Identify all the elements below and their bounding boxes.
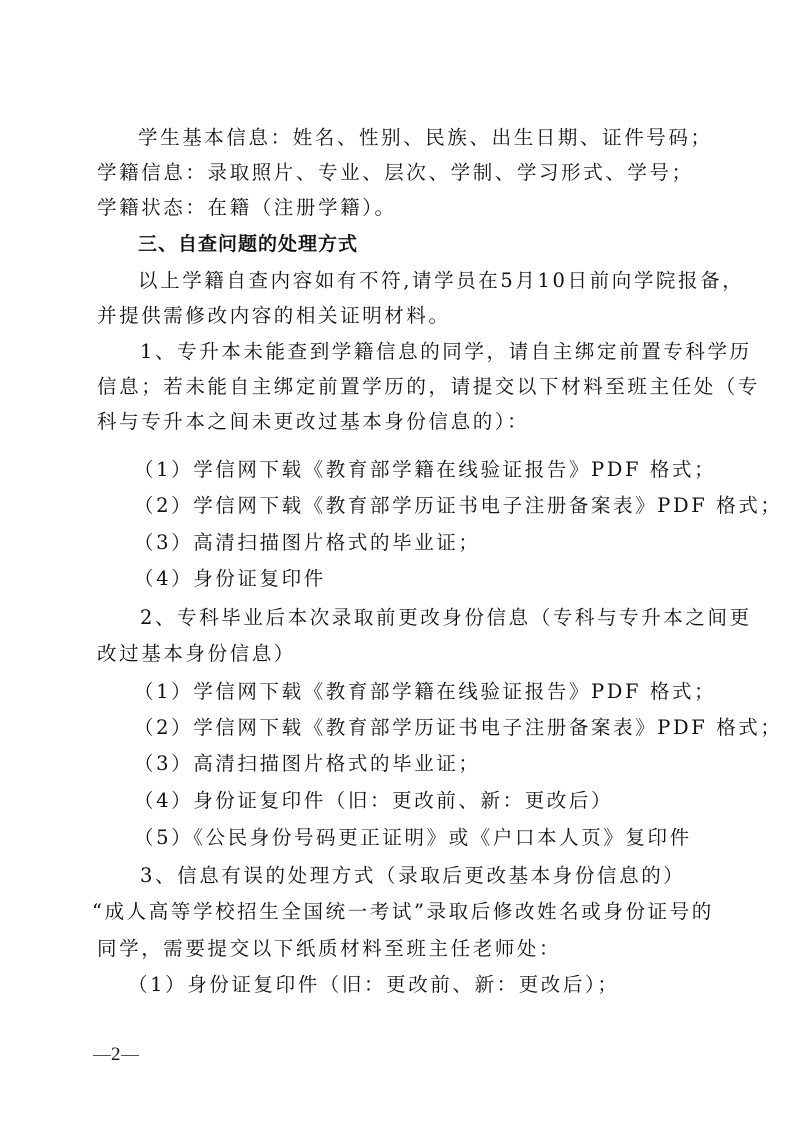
paragraph-report-notice: 以上学籍自查内容如有不符,请学员在5月10日前向学院报备， bbox=[138, 269, 744, 293]
item-2-heading: 2、专科毕业后本次录取前更改身份信息（专科与专升本之间更 bbox=[140, 606, 752, 630]
item-1-sub-1: （1）学信网下载《教育部学籍在线验证报告》PDF 格式； bbox=[134, 458, 716, 482]
item-2-sub-4: （4）身份证复印件（旧：更改前、新：更改后） bbox=[134, 789, 613, 813]
item-3-sub-1: （1）身份证复印件（旧：更改前、新：更改后）； bbox=[128, 973, 619, 997]
document-page: 学生基本信息：姓名、性别、民族、出生日期、证件号码； 学籍信息：录取照片、专业、… bbox=[0, 0, 793, 1122]
page-number: 2 bbox=[93, 1044, 139, 1066]
paragraph-student-basic-info: 学生基本信息：姓名、性别、民族、出生日期、证件号码； bbox=[138, 126, 713, 150]
item-1-sub-3: （3）高清扫描图片格式的毕业证； bbox=[134, 531, 481, 555]
item-3-text: “成人高等学校招生全国统一考试”录取后修改姓名或身份证号的 bbox=[92, 900, 714, 924]
page-number-dash-left bbox=[93, 1055, 111, 1056]
item-3-heading: 3、信息有误的处理方式（录取后更改基本身份信息的） bbox=[140, 864, 685, 888]
item-2-sub-1: （1）学信网下载《教育部学籍在线验证报告》PDF 格式； bbox=[134, 680, 716, 704]
item-1-heading: 1、专升本未能查到学籍信息的同学，请自主绑定前置专科学历 bbox=[140, 340, 752, 364]
item-2-sub-5: （5）《公民身份号码更正证明》或《户口本人页》复印件 bbox=[134, 826, 692, 850]
section-heading: 三、自查问题的处理方式 bbox=[138, 232, 358, 256]
item-1-sub-4: （4）身份证复印件 bbox=[134, 567, 326, 591]
item-3-text-cont: 同学，需要提交以下纸质材料至班主任老师处： bbox=[97, 937, 561, 961]
item-2-heading-cont: 改过基本身份信息） bbox=[97, 642, 296, 666]
paragraph-report-notice-cont: 并提供需修改内容的相关证明材料。 bbox=[97, 304, 451, 328]
paragraph-enrollment-info: 学籍信息：录取照片、专业、层次、学制、学习形式、学号； bbox=[97, 161, 694, 185]
item-1-text-cont: 科与专升本之间未更改过基本身份信息的）： bbox=[97, 410, 529, 434]
page-number-dash-right bbox=[121, 1055, 139, 1056]
item-1-text: 信息；若未能自主绑定前置学历的，请提交以下材料至班主任处（专 bbox=[97, 375, 760, 399]
paragraph-enrollment-status: 学籍状态：在籍（注册学籍）。 bbox=[97, 196, 397, 220]
page-number-value: 2 bbox=[111, 1044, 121, 1065]
item-2-sub-3: （3）高清扫描图片格式的毕业证； bbox=[134, 752, 481, 776]
item-2-sub-2: （2）学信网下载《教育部学历证书电子注册备案表》PDF 格式； bbox=[134, 716, 783, 740]
item-1-sub-2: （2）学信网下载《教育部学历证书电子注册备案表》PDF 格式； bbox=[134, 494, 783, 518]
